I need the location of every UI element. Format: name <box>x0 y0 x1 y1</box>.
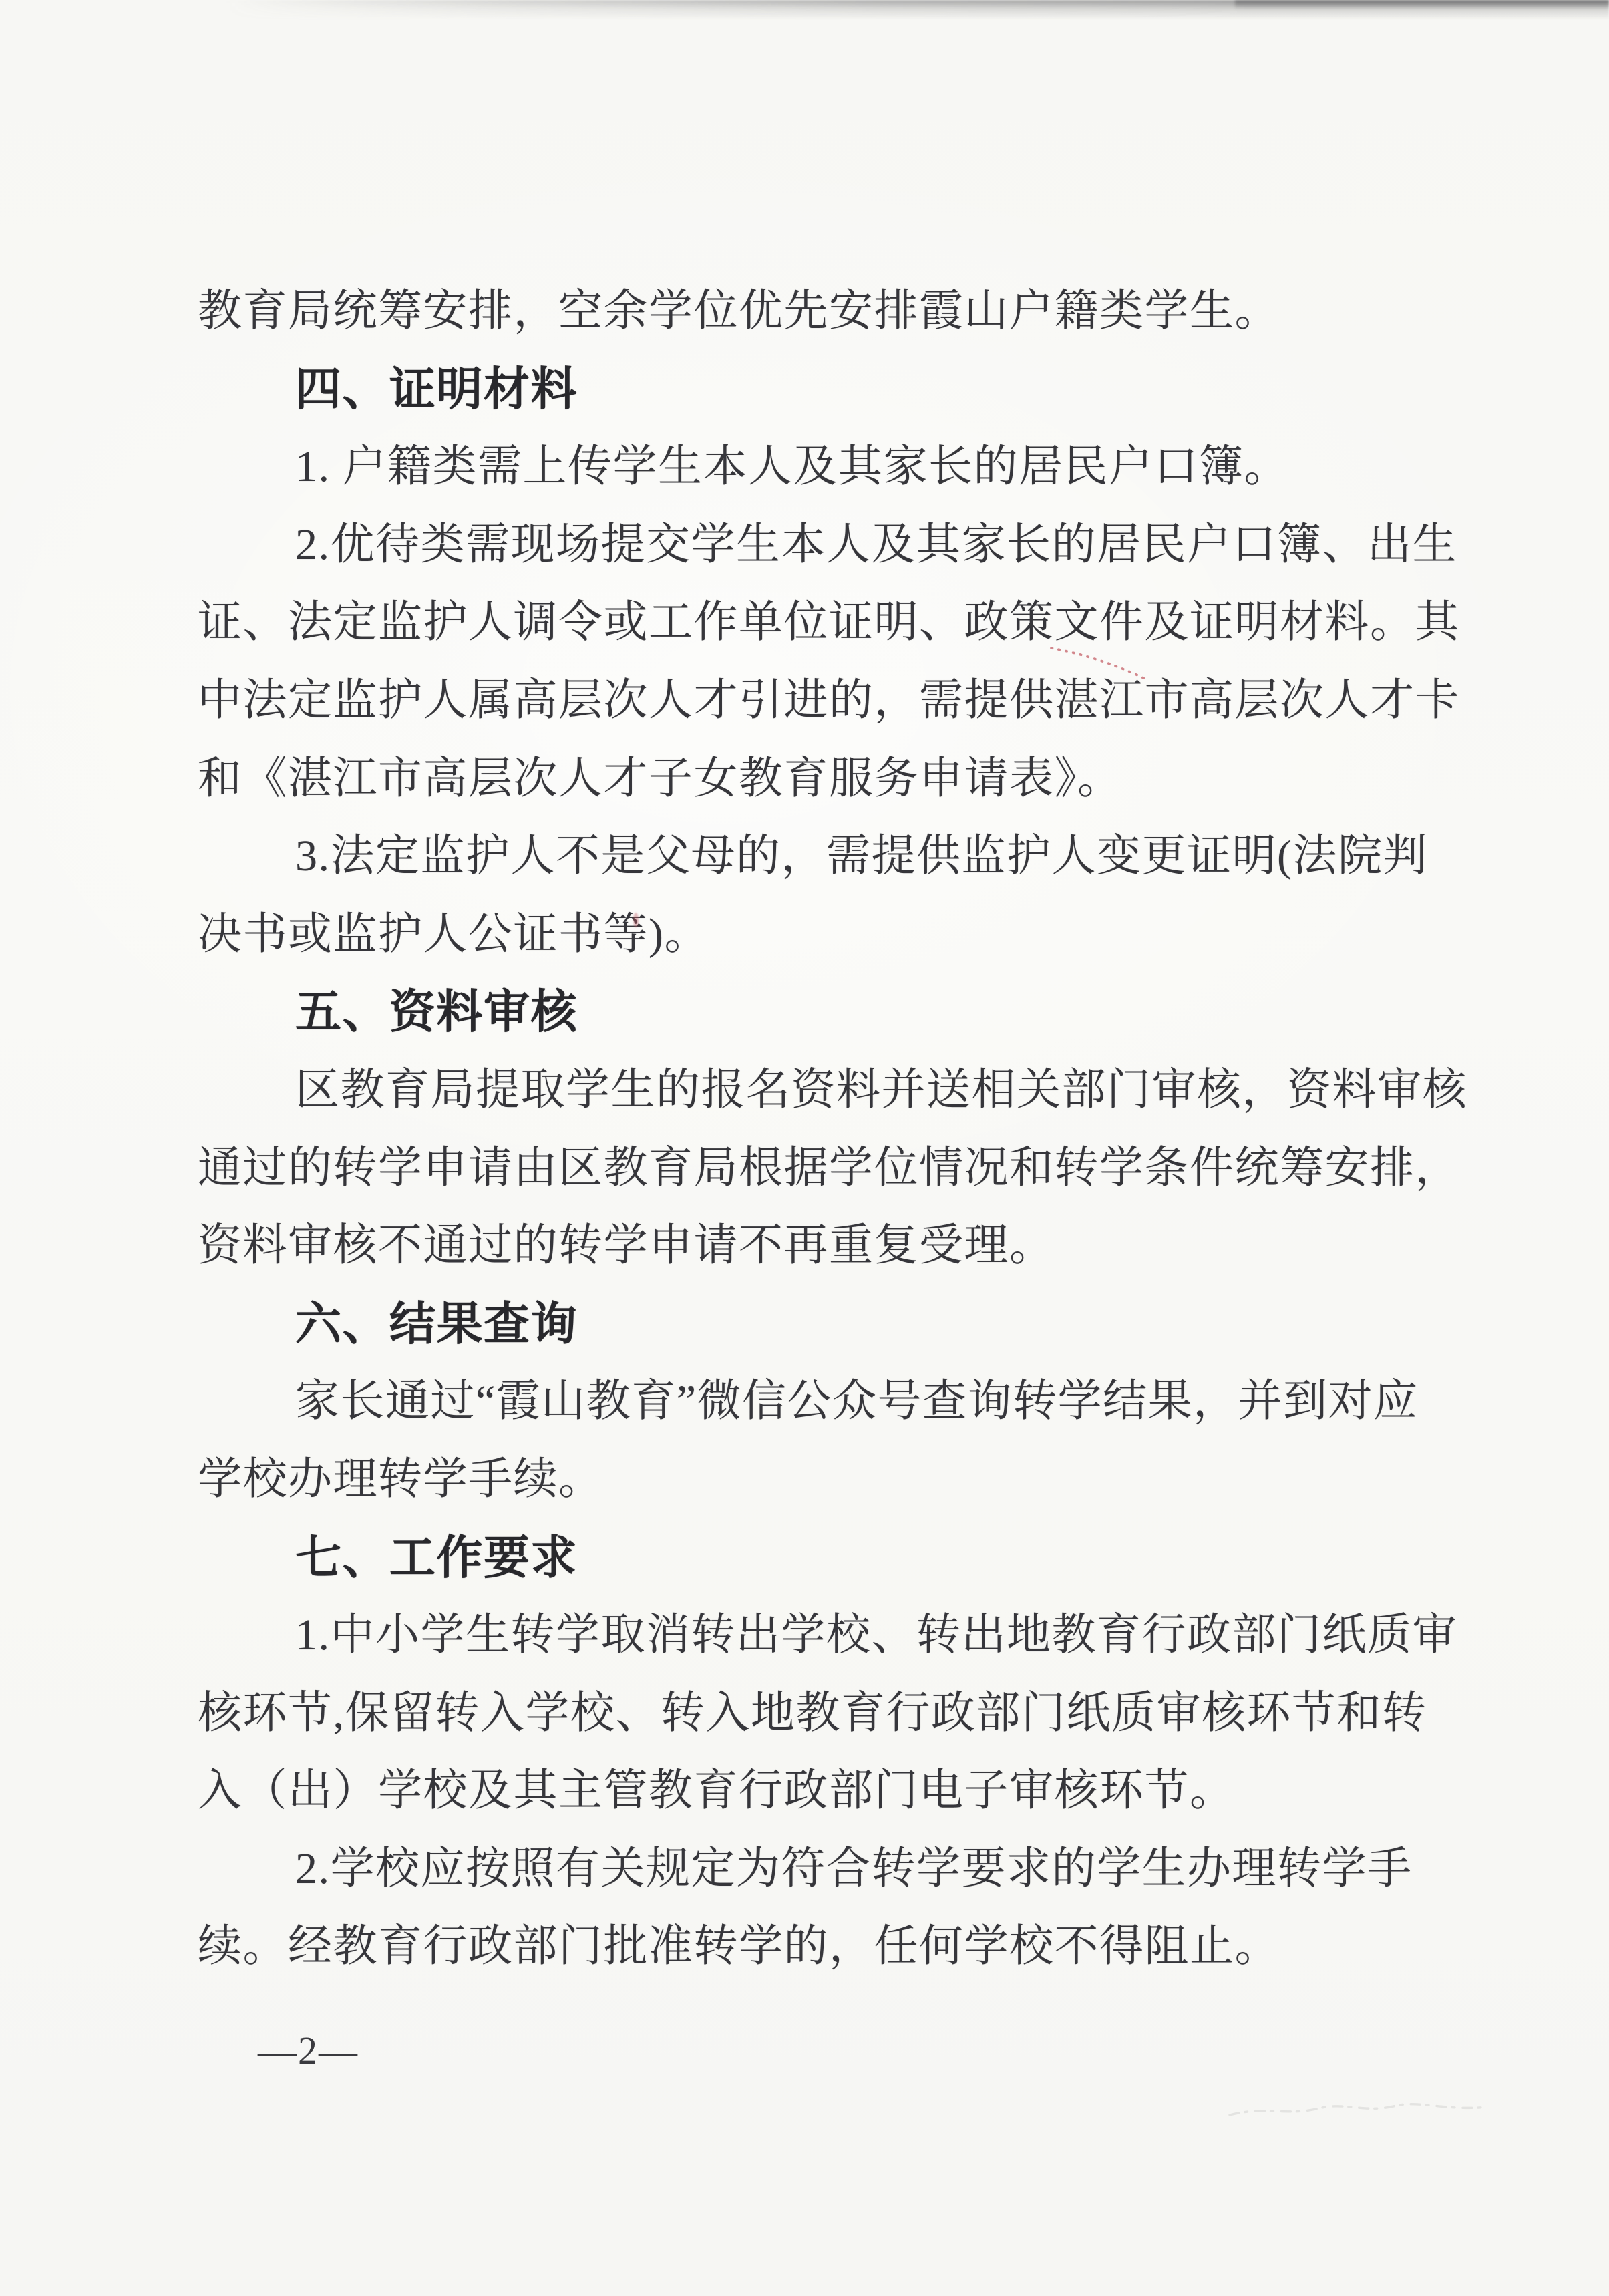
text-line: 续。经教育行政部门批准转学的，任何学校不得阻止。 <box>0 1908 1609 1986</box>
document-body: 教育局统筹安排，空余学位优先安排霞山户籍类学生。四、证明材料1. 户籍类需上传学… <box>0 273 1609 1986</box>
text-line: 证、法定监护人调令或工作单位证明、政策文件及证明材料。其 <box>0 584 1609 662</box>
text-line: 区教育局提取学生的报名资料并送相关部门审核，资料审核 <box>0 1051 1609 1130</box>
text-line: 1.中小学生转学取消转出学校、转出地教育行政部门纸质审 <box>0 1597 1609 1675</box>
scan-smudge <box>1226 2096 1493 2127</box>
text-line: 1. 户籍类需上传学生本人及其家长的居民户口簿。 <box>0 428 1609 506</box>
text-line: 六、结果查询 <box>0 1285 1609 1363</box>
text-line: 2.优待类需现场提交学生本人及其家长的居民户口簿、出生 <box>0 506 1609 585</box>
text-line: 资料审核不通过的转学申请不再重复受理。 <box>0 1207 1609 1285</box>
text-line: 核环节,保留转入学校、转入地教育行政部门纸质审核环节和转 <box>0 1675 1609 1753</box>
text-line: 2.学校应按照有关规定为符合转学要求的学生办理转学手 <box>0 1830 1609 1909</box>
text-line: 通过的转学申请由区教育局根据学位情况和转学条件统筹安排， <box>0 1130 1609 1208</box>
text-line: 五、资料审核 <box>0 973 1609 1051</box>
text-line: 中法定监护人属高层次人才引进的，需提供湛江市高层次人才卡 <box>0 662 1609 740</box>
text-line: 学校办理转学手续。 <box>0 1441 1609 1519</box>
red-pen-mark <box>1047 641 1154 685</box>
text-line: 四、证明材料 <box>0 351 1609 429</box>
scanner-shadow-top-right <box>1235 0 1609 9</box>
text-line: 3.法定监护人不是父母的，需提供监护人变更证明(法院判 <box>0 818 1609 896</box>
text-line: 教育局统筹安排，空余学位优先安排霞山户籍类学生。 <box>0 273 1609 351</box>
text-line: 和《湛江市高层次人才子女教育服务申请表》。 <box>0 740 1609 818</box>
text-line: 家长通过“霞山教育”微信公众号查询转学结果，并到对应 <box>0 1363 1609 1441</box>
text-line: 决书或监护人公证书等)。 <box>0 896 1609 974</box>
red-pen-speck <box>633 913 639 927</box>
text-line: 入（出）学校及其主管教育行政部门电子审核环节。 <box>0 1752 1609 1830</box>
page-number: —2— <box>258 2028 359 2073</box>
text-line: 七、工作要求 <box>0 1519 1609 1597</box>
